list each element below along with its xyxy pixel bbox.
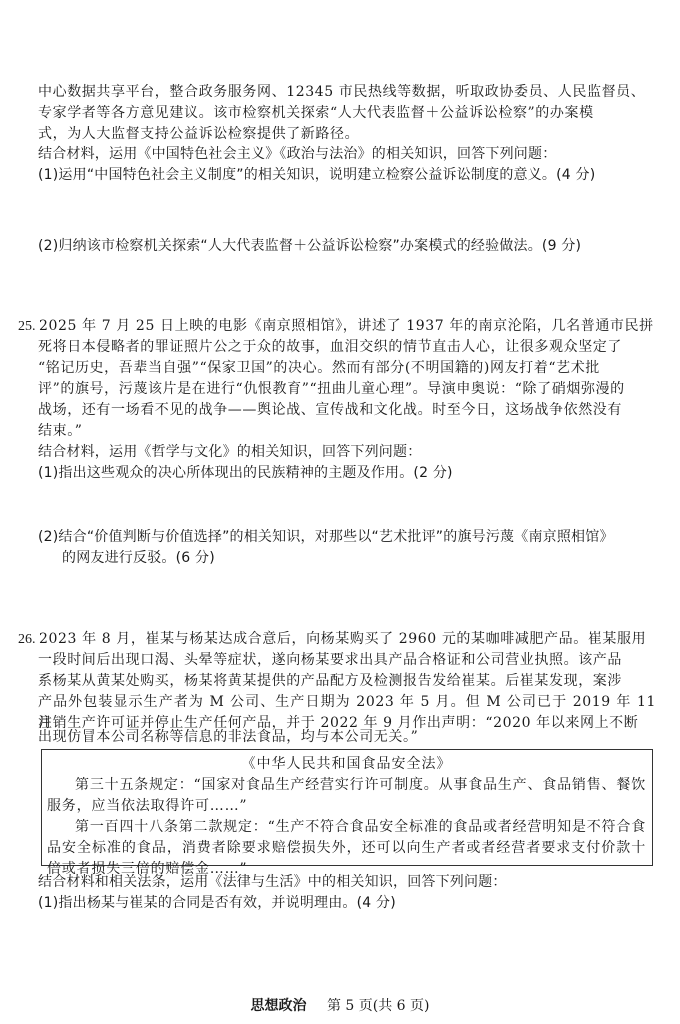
q25-sub-question-2-cont: 的网友进行反驳。(6 分) — [62, 548, 680, 569]
text-line: 出现仿冒本公司名称等信息的非法食品，均与本公司无关。” — [38, 727, 656, 748]
law-excerpt-box: 《中华人民共和国食品安全法》 第三十五条规定：“国家对食品生产经营实行许可制度。… — [41, 749, 653, 866]
text-line: 2023 年 8 月，崔某与杨某达成合意后，向杨某购买了 2960 元的某咖啡减… — [39, 629, 657, 650]
law-article-35: 第三十五条规定：“国家对食品生产经营实行许可制度。从事食品生产、食品销售、餐饮服… — [47, 775, 646, 817]
text-line: 一段时间后出现口渴、头晕等症状，遂向杨某要求出具产品合格证和公司营业执照。该产品 — [38, 650, 656, 671]
exam-page: 中心数据共享平台，整合政务服务网、12345 市民热线等数据，听取政协委员、人民… — [0, 0, 680, 1024]
q25-sub-question-1: (1)指出这些观众的决心所体现出的民族精神的主题及作用。(2 分) — [38, 463, 656, 484]
q24-sub-question-2: (2)归纳该市检察机关探索“人大代表监督＋公益诉讼检察”办案模式的经验做法。(9… — [38, 236, 656, 257]
text-line: 系杨某从黄某处购买，杨某将黄某提供的产品配方及检测报告发给崔某。后崔某发现，案涉 — [38, 671, 656, 692]
page-number: 第 5 页(共 6 页) — [327, 998, 430, 1014]
text-line: 结束。” — [38, 421, 656, 442]
q26-sub-question-1: (1)指出杨某与崔某的合同是否有效，并说明理由。(4 分) — [38, 893, 656, 914]
text-line: “铭记历史，吾辈当自强”“保家卫国”的决心。然而有部分(不明国籍的)网友打着“艺… — [38, 358, 656, 379]
text-line: 中心数据共享平台，整合政务服务网、12345 市民热线等数据，听取政协委员、人民… — [38, 82, 656, 103]
text-line: 死将日本侵略者的罪证照片公之于众的故事，血泪交织的情节直击人心，让很多观众坚定了 — [38, 337, 656, 358]
text-line: 战场，还有一场看不见的战争——舆论战、宣传战和文化战。时至今日，这场战争依然没有 — [38, 400, 656, 421]
q24-sub-question-1: (1)运用“中国特色社会主义制度”的相关知识，说明建立检察公益诉讼制度的意义。(… — [38, 165, 656, 186]
page-footer: 思想政治 第 5 页(共 6 页) — [0, 996, 680, 1016]
q26-instruction: 结合材料和相关法条，运用《法律与生活》中的相关知识，回答下列问题： — [38, 872, 656, 893]
law-article-148: 第一百四十八条第二款规定：“生产不符合食品安全标准的食品或者经营明知是不符合食品… — [47, 817, 646, 880]
q25-instruction: 结合材料，运用《哲学与文化》的相关知识，回答下列问题： — [38, 442, 656, 463]
text-line: 专家学者等各方意见建议。该市检察机关探索“人大代表监督＋公益诉讼检察”的办案模 — [38, 103, 656, 124]
q24-instruction: 结合材料，运用《中国特色社会主义》《政治与法治》的相关知识，回答下列问题： — [38, 144, 656, 165]
text-line: 式，为人大监督支持公益诉讼检察提供了新路径。 — [38, 124, 656, 145]
law-title: 《中华人民共和国食品安全法》 — [47, 753, 646, 775]
q25-sub-question-2: (2)结合“价值判断与价值选择”的相关知识，对那些以“艺术批评”的旗号污蔑《南京… — [38, 527, 656, 548]
text-line: 评”的旗号，污蔑该片是在进行“仇恨教育”“扭曲儿童心理”。导演申奥说：“除了硝烟… — [38, 379, 656, 400]
text-line: 2025 年 7 月 25 日上映的电影《南京照相馆》，讲述了 1937 年的南… — [39, 316, 657, 337]
subject-name: 思想政治 — [251, 998, 307, 1014]
